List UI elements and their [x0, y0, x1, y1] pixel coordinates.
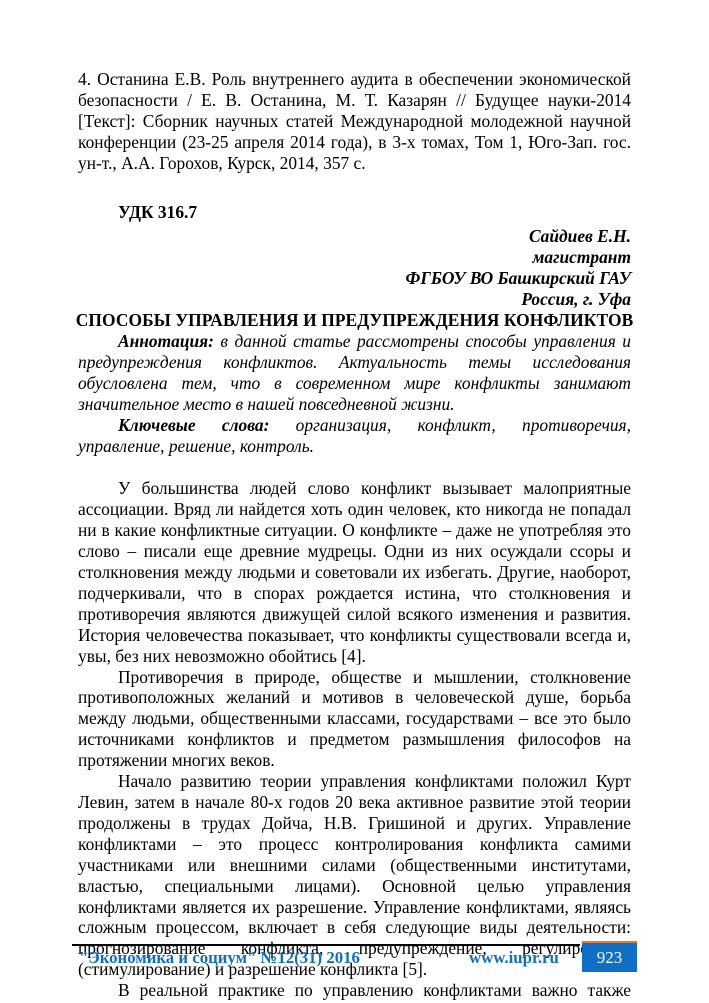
author-location: Россия, г. Уфа [78, 289, 631, 310]
abstract: Аннотация: в данной статье рассмотрены с… [78, 331, 631, 415]
body-paragraph: В реальной практике по управлению конфли… [78, 980, 631, 1001]
footer-divider [72, 944, 580, 946]
footer-journal: "Экономика и социум" №12(31) 2016 [79, 948, 360, 968]
page-number-badge: 923 [582, 941, 637, 972]
udk-code: УДК 316.7 [118, 202, 631, 223]
body-paragraph: У большинства людей слово конфликт вызыв… [78, 478, 631, 666]
abstract-label: Аннотация: [118, 331, 214, 351]
author-block: Сайдиев Е.Н. магистрант ФГБОУ ВО Башкирс… [78, 226, 631, 310]
author-organization: ФГБОУ ВО Башкирский ГАУ [78, 268, 631, 289]
author-position: магистрант [78, 247, 631, 268]
body-paragraph: Противоречия в природе, обществе и мышле… [78, 667, 631, 772]
footer-url-link[interactable]: www.iupr.ru [469, 948, 559, 968]
article-title: СПОСОБЫ УПРАВЛЕНИЯ И ПРЕДУПРЕЖДЕНИЯ КОНФ… [70, 310, 639, 331]
spacer [78, 456, 631, 478]
keywords: Ключевые слова: организация, конфликт, п… [78, 415, 631, 457]
keywords-label: Ключевые слова: [118, 415, 269, 435]
page-content: 4. Останина Е.В. Роль внутреннего аудита… [78, 69, 631, 1001]
author-name: Сайдиев Е.Н. [78, 226, 631, 247]
reference-item: 4. Останина Е.В. Роль внутреннего аудита… [78, 69, 631, 174]
